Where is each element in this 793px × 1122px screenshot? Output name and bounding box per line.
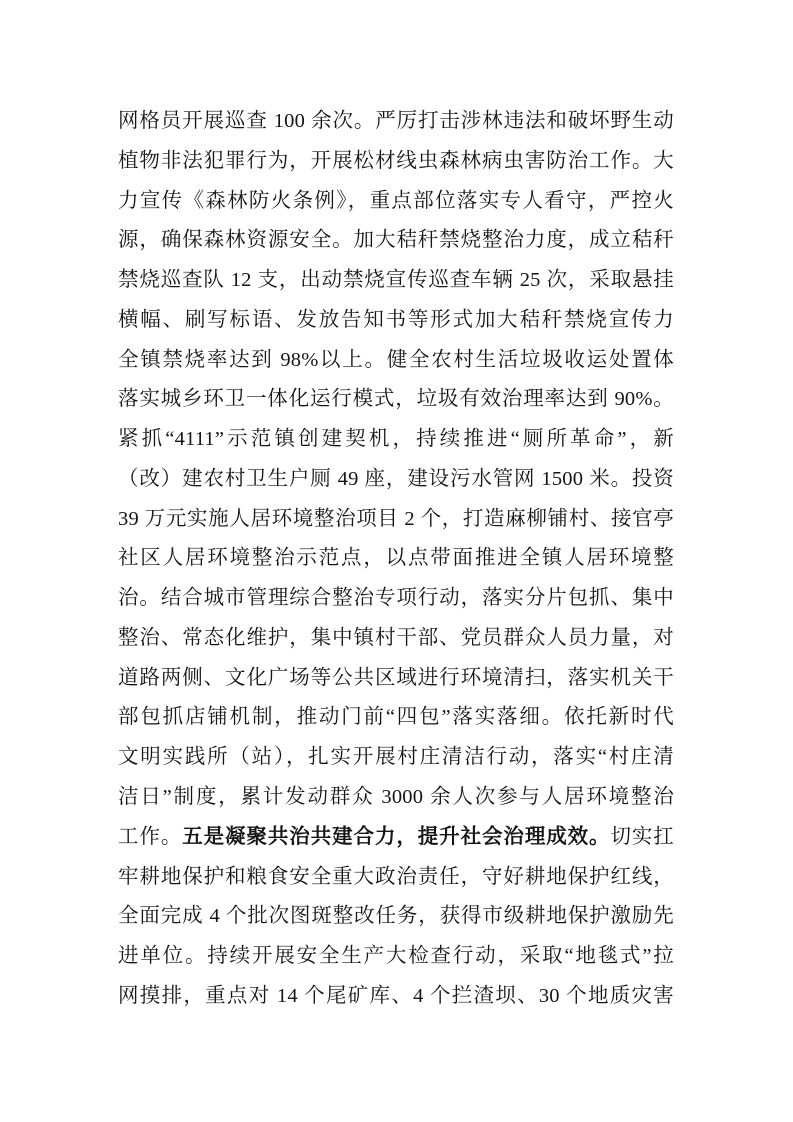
text-segment: 切实扛 <box>610 826 674 848</box>
text-segment: 横幅、刷写标语、发放告知书等形式加大秸秆禁烧宣传力度， <box>118 309 674 341</box>
text-segment: 社区人居环境整治示范点，以点带面推进全镇人居环境整 <box>118 547 674 569</box>
text-line: 39 万元实施人居环境整治项目 2 个，打造麻柳铺村、接官亭 <box>118 500 674 540</box>
text-line: 工作。五是凝聚共治共建合力，提升社会治理成效。切实扛 <box>118 818 674 858</box>
text-line: 全面完成 4 个批次图斑整改任务，获得市级耕地保护激励先 <box>118 897 674 937</box>
text-segment: 进单位。持续开展安全生产大检查行动，采取“地毯式”拉 <box>118 945 674 967</box>
text-segment: 全镇禁烧率达到 98%以上。健全农村生活垃圾收运处置体系， <box>118 349 674 381</box>
text-segment: 文明实践所（站），扎实开展村庄清洁行动，落实“村庄清 <box>118 746 674 768</box>
text-line: 文明实践所（站），扎实开展村庄清洁行动，落实“村庄清 <box>118 738 674 778</box>
text-segment: 全面完成 4 个批次图斑整改任务，获得市级耕地保护激励先 <box>118 905 674 927</box>
text-line: 网摸排，重点对 14 个尾矿库、4 个拦渣坝、30 个地质灾害 <box>118 977 674 1017</box>
text-segment: （改）建农村卫生户厕 49 座，建设污水管网 1500 米。投资 <box>118 468 674 490</box>
text-line: 落实城乡环卫一体化运行模式，垃圾有效治理率达到 90%。 <box>118 380 674 420</box>
text-segment: 落实城乡环卫一体化运行模式，垃圾有效治理率达到 90%。 <box>118 388 674 410</box>
text-segment: 工作。 <box>118 826 182 848</box>
text-line: 网格员开展巡查 100 余次。严厉打击涉林违法和破坏野生动 <box>118 102 674 142</box>
text-line: 源，确保森林资源安全。加大秸秆禁烧整治力度，成立秸秆 <box>118 221 674 261</box>
text-line: 洁日”制度，累计发动群众 3000 余人次参与人居环境整治 <box>118 778 674 818</box>
text-line: 进单位。持续开展安全生产大检查行动，采取“地毯式”拉 <box>118 937 674 977</box>
text-segment: 部包抓店铺机制，推动门前“四包”落实落细。依托新时代 <box>118 706 674 728</box>
text-segment: 39 万元实施人居环境整治项目 2 个，打造麻柳铺村、接官亭 <box>118 508 674 530</box>
text-segment: 紧抓“4111”示范镇创建契机，持续推进“厕所革命”，新 <box>118 428 674 450</box>
document-text: 网格员开展巡查 100 余次。严厉打击涉林违法和破坏野生动植物非法犯罪行为，开展… <box>118 102 674 1017</box>
text-line: 横幅、刷写标语、发放告知书等形式加大秸秆禁烧宣传力度， <box>118 301 674 341</box>
text-line: 紧抓“4111”示范镇创建契机，持续推进“厕所革命”，新 <box>118 420 674 460</box>
document-page: 网格员开展巡查 100 余次。严厉打击涉林违法和破坏野生动植物非法犯罪行为，开展… <box>0 0 793 1122</box>
text-segment: 整治、常态化维护，集中镇村干部、党员群众人员力量，对 <box>118 627 674 649</box>
text-line: 治。结合城市管理综合整治专项行动，落实分片包抓、集中 <box>118 579 674 619</box>
text-segment: 道路两侧、文化广场等公共区域进行环境清扫，落实机关干 <box>118 667 674 689</box>
text-segment: 网格员开展巡查 100 余次。严厉打击涉林违法和破坏野生动 <box>118 110 674 132</box>
text-line: 道路两侧、文化广场等公共区域进行环境清扫，落实机关干 <box>118 659 674 699</box>
text-line: 植物非法犯罪行为，开展松材线虫森林病虫害防治工作。大 <box>118 142 674 182</box>
text-segment: 洁日”制度，累计发动群众 3000 余人次参与人居环境整治 <box>118 786 674 808</box>
text-line: 部包抓店铺机制，推动门前“四包”落实落细。依托新时代 <box>118 698 674 738</box>
text-line: 力宣传《森林防火条例》，重点部位落实专人看守，严控火 <box>118 182 674 222</box>
text-line: 禁烧巡查队 12 支，出动禁烧宣传巡查车辆 25 次，采取悬挂 <box>118 261 674 301</box>
text-line: 社区人居环境整治示范点，以点带面推进全镇人居环境整 <box>118 539 674 579</box>
text-line: （改）建农村卫生户厕 49 座，建设污水管网 1500 米。投资 <box>118 460 674 500</box>
text-segment: 网摸排，重点对 14 个尾矿库、4 个拦渣坝、30 个地质灾害 <box>118 985 674 1007</box>
text-segment: 植物非法犯罪行为，开展松材线虫森林病虫害防治工作。大 <box>118 150 674 172</box>
text-segment: 牢耕地保护和粮食安全重大政治责任，守好耕地保护红线， <box>118 866 674 888</box>
text-segment: 力宣传《森林防火条例》，重点部位落实专人看守，严控火 <box>118 190 674 212</box>
text-segment: 治。结合城市管理综合整治专项行动，落实分片包抓、集中 <box>118 587 674 609</box>
text-segment: 源，确保森林资源安全。加大秸秆禁烧整治力度，成立秸秆 <box>118 229 674 251</box>
text-line: 全镇禁烧率达到 98%以上。健全农村生活垃圾收运处置体系， <box>118 341 674 381</box>
text-segment: 禁烧巡查队 12 支，出动禁烧宣传巡查车辆 25 次，采取悬挂 <box>118 269 674 291</box>
bold-text-segment: 五是凝聚共治共建合力，提升社会治理成效。 <box>182 826 610 848</box>
text-line: 牢耕地保护和粮食安全重大政治责任，守好耕地保护红线， <box>118 858 674 898</box>
text-line: 整治、常态化维护，集中镇村干部、党员群众人员力量，对 <box>118 619 674 659</box>
